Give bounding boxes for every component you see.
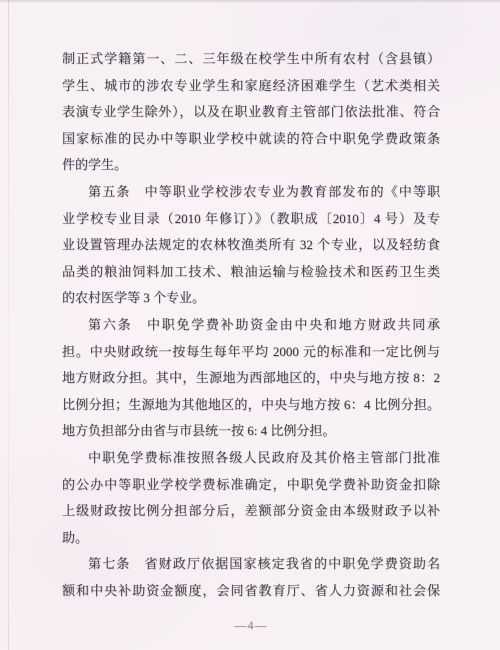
text-line: 第六条 中职免学费补助资金由中央和地方财政共同承 xyxy=(62,312,440,339)
text-line: 第七条 省财政厅依据国家核定我省的中职免学费资助名 xyxy=(62,551,440,578)
text-line: 中职免学费标准按照各级人民政府及其价格主管部门批准 xyxy=(62,445,440,472)
text-line: 的农村医学等 3 个专业。 xyxy=(62,285,440,312)
text-line: 上级财政按比例分担部分后，差额部分资金由本级财政予以补 xyxy=(62,498,440,525)
scan-crease-left-artifact xyxy=(8,0,9,650)
text-line: 国家标准的民办中等职业学校中就读的符合中职免学费政策条 xyxy=(62,126,440,153)
text-line: 第五条 中等职业学校涉农专业为教育部发布的《中等职 xyxy=(62,179,440,206)
scanned-document-page: 制正式学籍第一、二、三年级在校学生中所有农村（含县镇）学生、城市的涉农专业学生和… xyxy=(0,0,500,650)
text-line: 制正式学籍第一、二、三年级在校学生中所有农村（含县镇） xyxy=(62,46,440,73)
text-line: 学生、城市的涉农专业学生和家庭经济困难学生（艺术类相关 xyxy=(62,73,440,100)
text-line: 业设置管理办法规定的农林牧渔类所有 32 个专业，以及轻纺食 xyxy=(62,232,440,259)
page-number: —4— xyxy=(62,618,440,633)
document-body: 制正式学籍第一、二、三年级在校学生中所有农村（含县镇）学生、城市的涉农专业学生和… xyxy=(62,46,440,604)
text-line: 件的学生。 xyxy=(62,152,440,179)
text-line: 担。中央财政统一按每生每年平均 2000 元的标准和一定比例与 xyxy=(62,339,440,366)
text-line: 地方财政分担。其中，生源地为西部地区的，中央与地方按 8：2 xyxy=(62,365,440,392)
text-line: 助。 xyxy=(62,525,440,552)
scan-edge-top-artifact xyxy=(0,0,500,3)
text-line: 额和中央补助资金额度，会同省教育厅、省人力资源和社会保 xyxy=(62,578,440,605)
text-line: 业学校专业目录（2010 年修订）》（教职成〔2010〕4 号）及专 xyxy=(62,206,440,233)
text-line: 地方负担部分由省与市县统一按 6: 4 比例分担。 xyxy=(62,418,440,445)
text-line: 的公办中等职业学校学费标准确定，中职免学费补助资金扣除 xyxy=(62,472,440,499)
text-line: 品类的粮油饲料加工技术、粮油运输与检验技术和医药卫生类 xyxy=(62,259,440,286)
text-line: 表演专业学生除外），以及在职业教育主管部门依法批准、符合 xyxy=(62,99,440,126)
text-line: 比例分担；生源地为其他地区的，中央与地方按 6：4 比例分担。 xyxy=(62,392,440,419)
